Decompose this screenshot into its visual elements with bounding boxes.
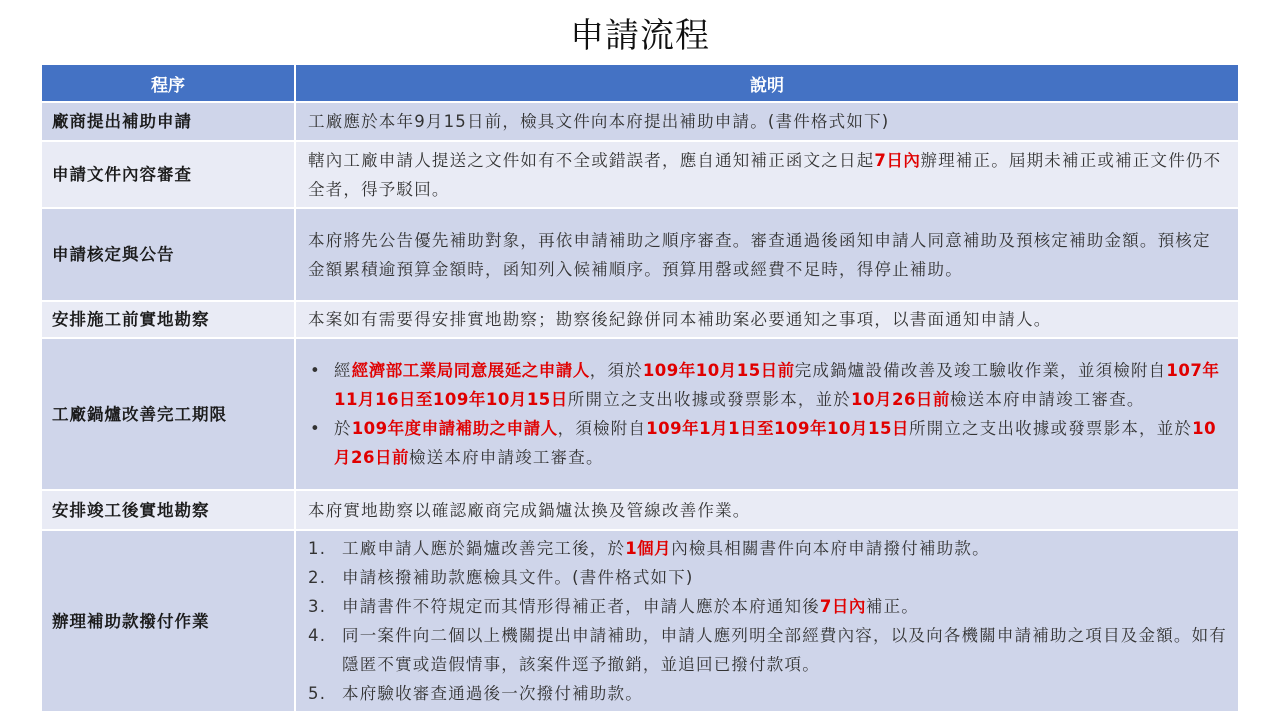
- text-segment: 完成鍋爐設備改善及竣工驗收作業，並須檢附自: [795, 361, 1167, 380]
- numbered-item: 2.申請核撥補助款應檢具文件。(書件格式如下): [342, 563, 1228, 592]
- highlighted-text: 109年度申請補助之申請人: [352, 419, 558, 438]
- text-segment: ，須檢附自: [558, 419, 647, 438]
- text-segment: 申請書件不符規定而其情形得補正者，申請人應於本府通知後: [342, 597, 820, 616]
- step-label: 安排竣工後實地勘察: [42, 490, 295, 530]
- step-description: 1.工廠申請人應於鍋爐改善完工後，於1個月內檢具相關書件向本府申請撥付補助款。2…: [295, 530, 1238, 712]
- table-header-row: 程序 說明: [42, 65, 1238, 102]
- text-segment: 工廠應於本年9月15日前，檢具文件向本府提出補助申請。(書件格式如下): [308, 112, 889, 131]
- text-segment: 於: [334, 419, 352, 438]
- bullet-icon: •: [310, 414, 321, 443]
- text-segment: 工廠申請人應於鍋爐改善完工後，於: [342, 539, 625, 558]
- item-number: 3.: [308, 592, 326, 621]
- numbered-item: 1.工廠申請人應於鍋爐改善完工後，於1個月內檢具相關書件向本府申請撥付補助款。: [342, 534, 1228, 563]
- numbered-item: 3.申請書件不符規定而其情形得補正者，申請人應於本府通知後7日內補正。: [342, 592, 1228, 621]
- table-row: 廠商提出補助申請 工廠應於本年9月15日前，檢具文件向本府提出補助申請。(書件格…: [42, 102, 1238, 141]
- bullet-item: •於109年度申請補助之申請人，須檢附自109年1月1日至109年10月15日所…: [334, 414, 1228, 472]
- header-description: 說明: [295, 65, 1238, 102]
- step-label: 申請核定與公告: [42, 208, 295, 301]
- table-row: 辦理補助款撥付作業 1.工廠申請人應於鍋爐改善完工後，於1個月內檢具相關書件向本…: [42, 530, 1238, 712]
- numbered-item: 5.本府驗收審查通過後一次撥付補助款。: [342, 679, 1228, 708]
- step-description: 本府實地勘察以確認廠商完成鍋爐汰換及管線改善作業。: [295, 490, 1238, 530]
- bullet-icon: •: [310, 356, 321, 385]
- step-label: 廠商提出補助申請: [42, 102, 295, 141]
- step-description: 轄內工廠申請人提送之文件如有不全或錯誤者，應自通知補正函文之日起7日內辦理補正。…: [295, 141, 1238, 208]
- step-description: 本府將先公告優先補助對象，再依申請補助之順序審查。審查通過後函知申請人同意補助及…: [295, 208, 1238, 301]
- step-description: 本案如有需要得安排實地勘察；勘察後紀錄併同本補助案必要通知之事項，以書面通知申請…: [295, 301, 1238, 338]
- item-number: 1.: [308, 534, 326, 563]
- step-label: 申請文件內容審查: [42, 141, 295, 208]
- text-segment: 本府實地勘察以確認廠商完成鍋爐汰換及管線改善作業。: [308, 501, 751, 520]
- text-segment: 本案如有需要得安排實地勘察；勘察後紀錄併同本補助案必要通知之事項，以書面通知申請…: [308, 310, 1051, 329]
- text-segment: 本府將先公告優先補助對象，再依申請補助之順序審查。審查通過後函知申請人同意補助及…: [308, 231, 1211, 279]
- item-number: 2.: [308, 563, 326, 592]
- highlighted-text: 1個月: [625, 539, 671, 558]
- highlighted-text: 經濟部工業局同意展延之申請人: [352, 361, 590, 380]
- step-label: 安排施工前實地勘察: [42, 301, 295, 338]
- numbered-item: 4.同一案件向二個以上機關提出申請補助，申請人應列明全部經費內容，以及向各機關申…: [342, 621, 1228, 679]
- deadline-bullet-list: •經經濟部工業局同意展延之申請人，須於109年10月15日前完成鍋爐設備改善及竣…: [308, 356, 1228, 472]
- highlighted-text: 10月26日前: [851, 390, 950, 409]
- text-segment: 轄內工廠申請人提送之文件如有不全或錯誤者，應自通知補正函文之日起: [308, 151, 874, 170]
- table-row: 安排竣工後實地勘察 本府實地勘察以確認廠商完成鍋爐汰換及管線改善作業。: [42, 490, 1238, 530]
- text-segment: 檢送本府申請竣工審查。: [950, 390, 1145, 409]
- table-row: 申請文件內容審查 轄內工廠申請人提送之文件如有不全或錯誤者，應自通知補正函文之日…: [42, 141, 1238, 208]
- step-description: •經經濟部工業局同意展延之申請人，須於109年10月15日前完成鍋爐設備改善及竣…: [295, 338, 1238, 490]
- highlighted-text: 109年1月1日至109年10月15日: [646, 419, 909, 438]
- text-segment: 內檢具相關書件向本府申請撥付補助款。: [671, 539, 990, 558]
- table-row: 工廠鍋爐改善完工期限 •經經濟部工業局同意展延之申請人，須於109年10月15日…: [42, 338, 1238, 490]
- text-segment: 所開立之支出收據或發票影本，並於: [568, 390, 851, 409]
- text-segment: 本府驗收審查通過後一次撥付補助款。: [342, 684, 643, 703]
- text-segment: 經: [334, 361, 352, 380]
- highlighted-text: 7日內: [874, 151, 920, 170]
- application-process-table: 程序 說明 廠商提出補助申請 工廠應於本年9月15日前，檢具文件向本府提出補助申…: [42, 65, 1238, 713]
- text-segment: ，須於: [590, 361, 643, 380]
- text-segment: 所開立之支出收據或發票影本，並於: [909, 419, 1192, 438]
- text-segment: 同一案件向二個以上機關提出申請補助，申請人應列明全部經費內容，以及向各機關申請補…: [342, 626, 1227, 674]
- step-label: 工廠鍋爐改善完工期限: [42, 338, 295, 490]
- item-number: 4.: [308, 621, 326, 650]
- table-row: 申請核定與公告 本府將先公告優先補助對象，再依申請補助之順序審查。審查通過後函知…: [42, 208, 1238, 301]
- bullet-item: •經經濟部工業局同意展延之申請人，須於109年10月15日前完成鍋爐設備改善及竣…: [334, 356, 1228, 414]
- text-segment: 申請核撥補助款應檢具文件。(書件格式如下): [342, 568, 694, 587]
- highlighted-text: 109年10月15日前: [643, 361, 795, 380]
- step-description: 工廠應於本年9月15日前，檢具文件向本府提出補助申請。(書件格式如下): [295, 102, 1238, 141]
- payment-numbered-list: 1.工廠申請人應於鍋爐改善完工後，於1個月內檢具相關書件向本府申請撥付補助款。2…: [308, 534, 1228, 708]
- text-segment: 檢送本府申請竣工審查。: [409, 448, 604, 467]
- header-procedure: 程序: [42, 65, 295, 102]
- highlighted-text: 7日內: [820, 597, 866, 616]
- step-label: 辦理補助款撥付作業: [42, 530, 295, 712]
- item-number: 5.: [308, 679, 326, 708]
- text-segment: 補正。: [866, 597, 919, 616]
- table-row: 安排施工前實地勘察 本案如有需要得安排實地勘察；勘察後紀錄併同本補助案必要通知之…: [42, 301, 1238, 338]
- slide-title: 申請流程: [0, 14, 1280, 58]
